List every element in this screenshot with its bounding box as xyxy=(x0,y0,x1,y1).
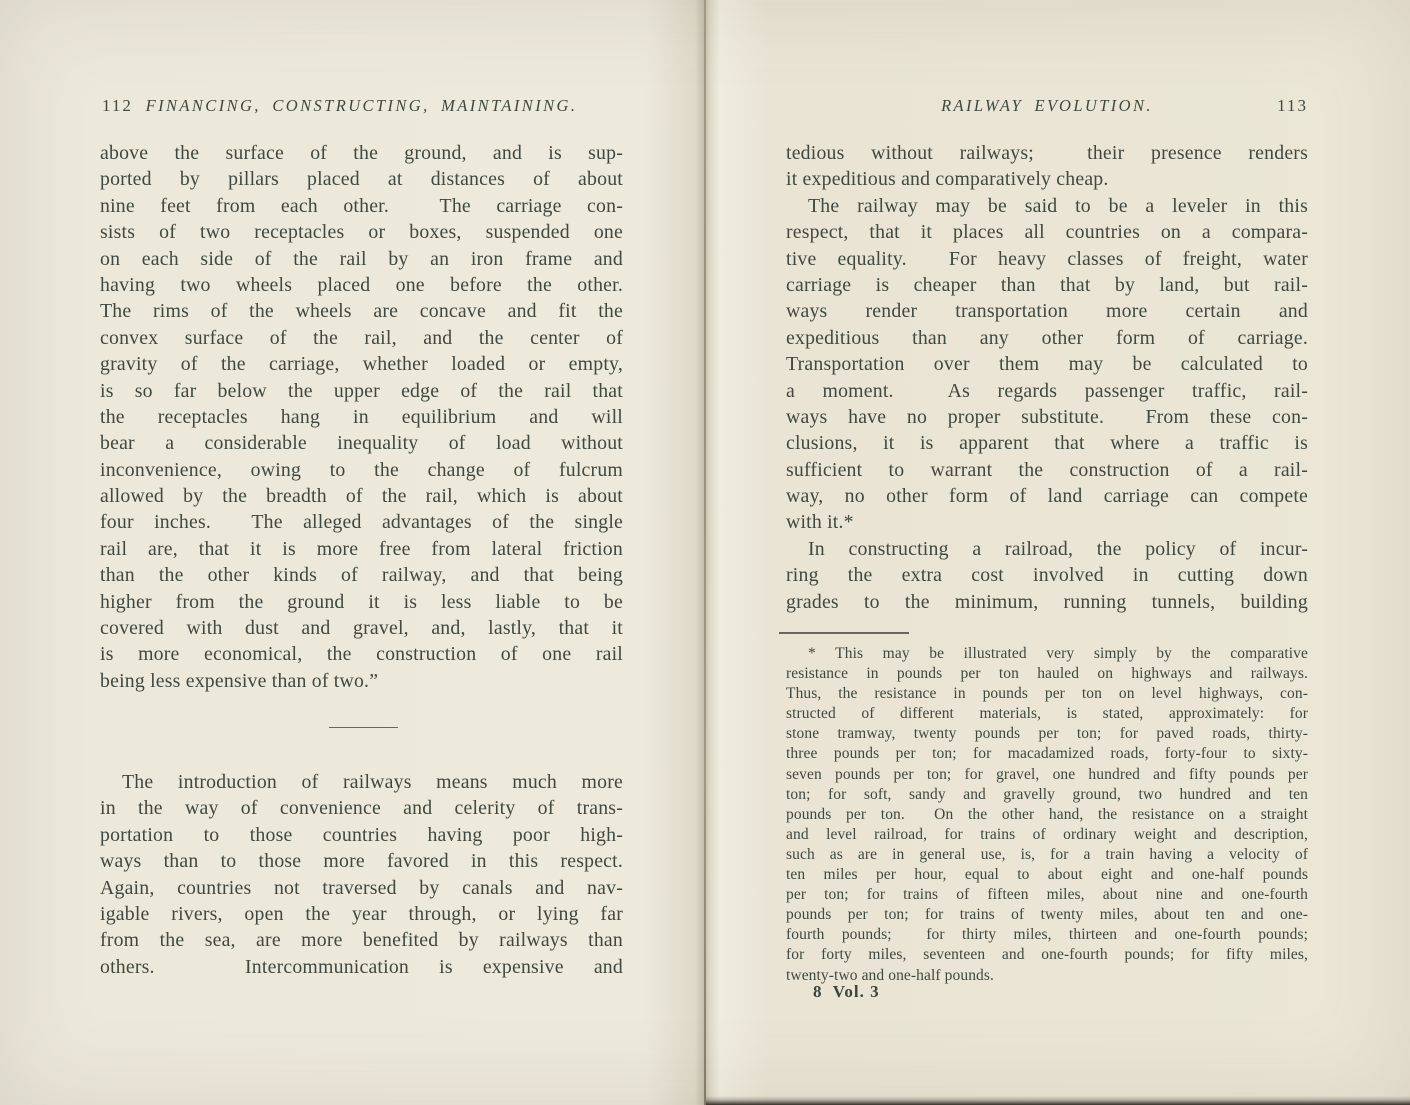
text-line: a moment. As regards passenger traffic, … xyxy=(786,378,1308,404)
text-line: four inches. The alleged advantages of t… xyxy=(100,509,623,535)
text-line: In constructing a railroad, the policy o… xyxy=(786,536,1308,562)
right-paragraph-2: The railway may be said to be a leveler … xyxy=(786,193,1308,536)
text-line: respect, that it places all countries on… xyxy=(786,219,1308,245)
right-page-number: 113 xyxy=(1277,96,1308,116)
left-paragraph-2: The introduction of railways means much … xyxy=(100,769,623,980)
text-line: sufficient to warrant the construction o… xyxy=(786,457,1308,483)
text-line: resistance in pounds per ton hauled on h… xyxy=(786,664,1308,684)
text-line: igable rivers, open the year through, or… xyxy=(100,901,623,927)
text-line: inconvenience, owing to the change of fu… xyxy=(100,457,623,483)
footnote-separator-rule xyxy=(779,632,909,634)
right-body-text: tedious without railways; their presence… xyxy=(786,140,1308,615)
text-line: fourth pounds; for thirty miles, thirtee… xyxy=(786,925,1308,945)
text-line: tedious without railways; their presence… xyxy=(786,140,1308,166)
text-line: The rims of the wheels are concave and f… xyxy=(100,298,623,324)
text-line: ways have no proper substitute. From the… xyxy=(786,404,1308,430)
text-line: Again, countries not traversed by canals… xyxy=(100,875,623,901)
text-line: portation to those countries having poor… xyxy=(100,822,623,848)
left-running-head-title: FINANCING, CONSTRUCTING, MAINTAINING. xyxy=(100,96,623,116)
text-line: with it.* xyxy=(786,509,1308,535)
text-line: such as are in general use, is, for a tr… xyxy=(786,845,1308,865)
text-line: seven pounds per ton; for gravel, one hu… xyxy=(786,765,1308,785)
book-gutter-fold xyxy=(645,0,770,1105)
text-line: pounds per ton. On the other hand, the r… xyxy=(786,805,1308,825)
text-line: it expeditious and comparatively cheap. xyxy=(786,166,1308,192)
text-line: way, no other form of land carriage can … xyxy=(786,483,1308,509)
text-line: nine feet from each other. The carriage … xyxy=(100,193,623,219)
text-line: gravity of the carriage, whether loaded … xyxy=(100,351,623,377)
text-line: covered with dust and gravel, and, lastl… xyxy=(100,615,623,641)
text-line: pounds per ton; for trains of twenty mil… xyxy=(786,905,1308,925)
left-running-head-row: 112 FINANCING, CONSTRUCTING, MAINTAINING… xyxy=(100,96,623,118)
text-line: is so far below the upper edge of the ra… xyxy=(100,378,623,404)
text-line: ported by pillars placed at distances of… xyxy=(100,166,623,192)
text-line: being less expensive than of two.” xyxy=(100,668,623,694)
book-page-spread: 112 FINANCING, CONSTRUCTING, MAINTAINING… xyxy=(0,0,1410,1105)
text-line: ring the extra cost involved in cutting … xyxy=(786,562,1308,588)
left-page-number: 112 xyxy=(102,96,133,116)
text-line: ways than to those more favored in this … xyxy=(100,848,623,874)
text-line: The introduction of railways means much … xyxy=(100,769,623,795)
right-running-head-row: RAILWAY EVOLUTION. 113 xyxy=(786,96,1308,118)
text-line: per ton; for trains of fifteen miles, ab… xyxy=(786,885,1308,905)
right-paragraph-1: tedious without railways; their presence… xyxy=(786,140,1308,193)
right-running-head-title: RAILWAY EVOLUTION. xyxy=(786,96,1308,116)
text-line: having two wheels placed one before the … xyxy=(100,272,623,298)
text-line: allowed by the breadth of the rail, whic… xyxy=(100,483,623,509)
text-line: Transportation over them may be calculat… xyxy=(786,351,1308,377)
text-line: higher from the ground it is less liable… xyxy=(100,589,623,615)
text-line: above the surface of the ground, and is … xyxy=(100,140,623,166)
text-line: expeditious than any other form of carri… xyxy=(786,325,1308,351)
right-paragraph-3: In constructing a railroad, the policy o… xyxy=(786,536,1308,615)
text-line: sists of two receptacles or boxes, suspe… xyxy=(100,219,623,245)
signature-mark: 8 Vol. 3 xyxy=(813,982,880,1002)
text-line: on each side of the rail by an iron fram… xyxy=(100,246,623,272)
text-line: structed of different materials, is stat… xyxy=(786,704,1308,724)
text-line: ways render transportation more certain … xyxy=(786,298,1308,324)
text-line: three pounds per ton; for macadamized ro… xyxy=(786,744,1308,764)
text-line: clusions, it is apparent that where a tr… xyxy=(786,430,1308,456)
text-line: for forty miles, seventeen and one-fourt… xyxy=(786,945,1308,965)
text-line: others. Intercommunication is expensive … xyxy=(100,954,623,980)
text-line: carriage is cheaper than that by land, b… xyxy=(786,272,1308,298)
text-line: the receptacles hang in equilibrium and … xyxy=(100,404,623,430)
text-line: tive equality. For heavy classes of frei… xyxy=(786,246,1308,272)
text-line: bear a considerable inequality of load w… xyxy=(100,430,623,456)
text-line: than the other kinds of railway, and tha… xyxy=(100,562,623,588)
text-line: ten miles per hour, equal to about eight… xyxy=(786,865,1308,885)
text-line: grades to the minimum, running tunnels, … xyxy=(786,589,1308,615)
text-line: in the way of convenience and celerity o… xyxy=(100,795,623,821)
page-bottom-edge-shadow xyxy=(706,1096,1410,1105)
gutter-fold-line xyxy=(704,0,706,1105)
section-divider-rule xyxy=(329,727,398,728)
text-line: Thus, the resistance in pounds per ton o… xyxy=(786,684,1308,704)
text-line: from the sea, are more benefited by rail… xyxy=(100,927,623,953)
text-line: convex surface of the rail, and the cent… xyxy=(100,325,623,351)
text-line: * This may be illustrated very simply by… xyxy=(786,644,1308,664)
text-line: is more economical, the construction of … xyxy=(100,641,623,667)
text-line: The railway may be said to be a leveler … xyxy=(786,193,1308,219)
text-line: stone tramway, twenty pounds per ton; fo… xyxy=(786,724,1308,744)
left-paragraph-1: above the surface of the ground, and is … xyxy=(100,140,623,694)
text-line: ton; for soft, sandy and gravelly ground… xyxy=(786,785,1308,805)
text-line: and level railroad, for trains of ordina… xyxy=(786,825,1308,845)
footnote-text: * This may be illustrated very simply by… xyxy=(786,644,1308,986)
text-line: rail are, that it is more free from late… xyxy=(100,536,623,562)
